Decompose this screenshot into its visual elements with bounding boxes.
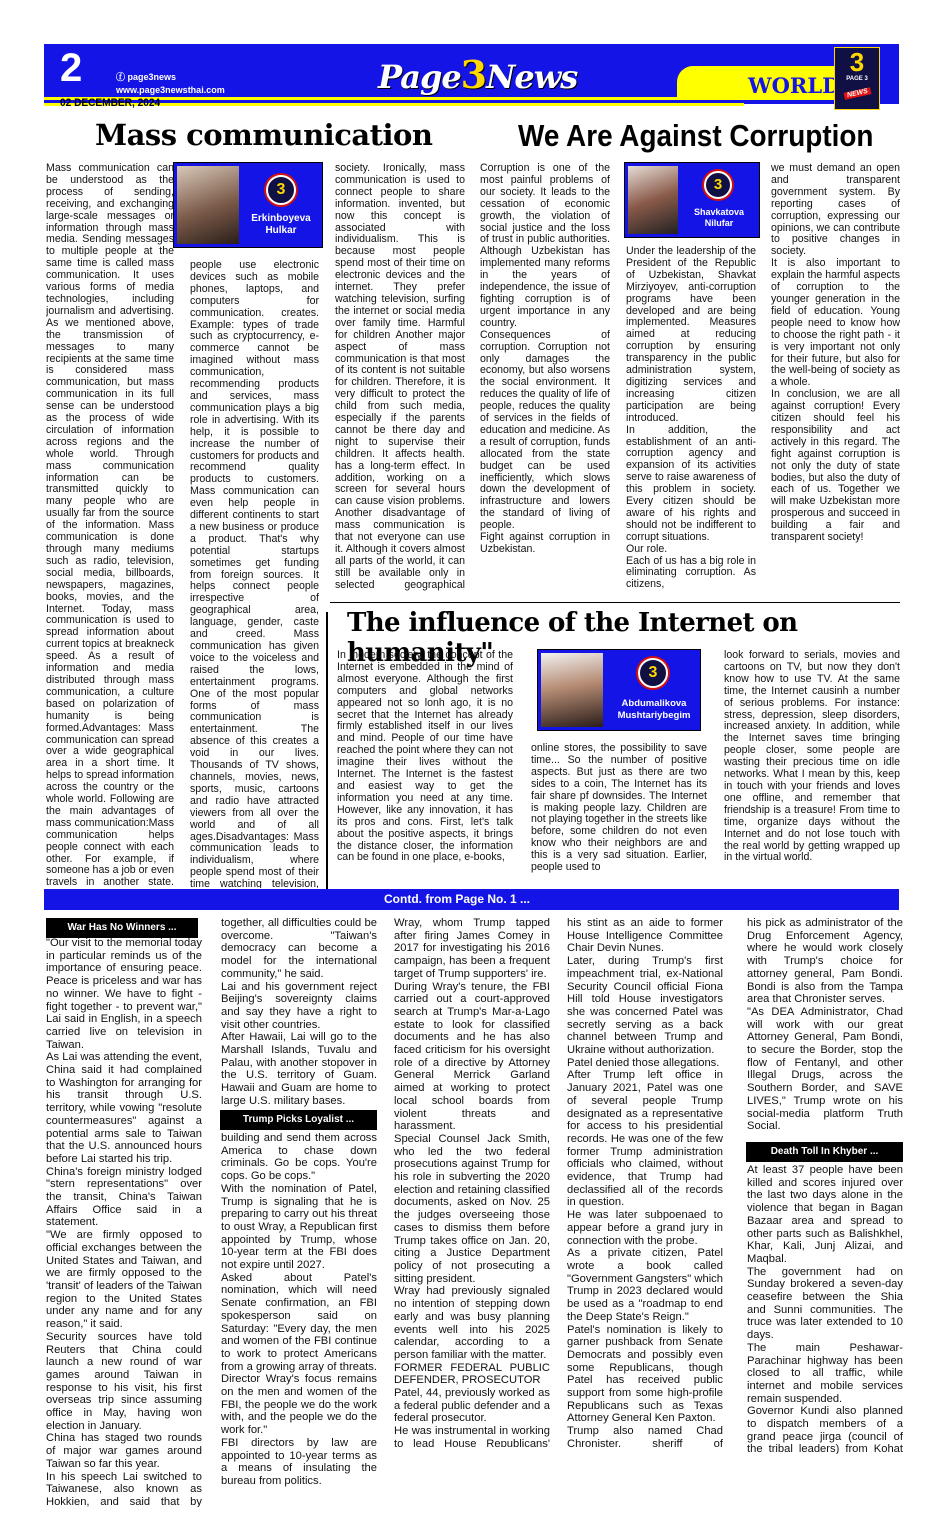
page3-emblem-icon: 3 [266, 175, 296, 205]
author-photo-box: 3 AbdumalikovaMushtariybegim [537, 649, 701, 731]
article-body-col: people use electronic devices such as mo… [190, 260, 319, 888]
masthead-rule [44, 100, 899, 103]
story-label-trump[interactable]: Trump Picks Loyalist ... [220, 1110, 377, 1130]
page3-emblem-icon: 3 [638, 658, 668, 688]
author-name: ErkinboyevaHulkar [242, 213, 320, 237]
column-divider [326, 612, 328, 890]
story-body-col: Wray, whom Trump tapped after firing Jam… [394, 917, 550, 1447]
author-photo-box: 3 ErkinboyevaHulkar [173, 162, 323, 248]
section-label: WORLD [748, 73, 840, 98]
story-body-col: his stint as an aide to former House Int… [567, 917, 723, 1447]
article-body-col: In modern society, the concept of the In… [337, 650, 513, 886]
page3-emblem-icon: 3 [704, 171, 732, 199]
newspaper-page: 2 ⓕ page3news www.page3newsthai.com 02 D… [0, 0, 945, 1531]
author-name: AbdumalikovaMushtariybegim [608, 698, 700, 722]
story-body-col: together, all difficulties could be over… [221, 917, 377, 1107]
page3-badge-icon: 3 PAGE 3 NEWS [834, 47, 880, 110]
section-divider [330, 602, 900, 603]
facebook-icon: ⓕ [116, 72, 128, 82]
continued-banner: Contd. from Page No. 1 ... [44, 889, 899, 910]
story-body-col: building and send them across America to… [221, 1132, 377, 1512]
newspaper-logo: Page3News [378, 52, 577, 97]
author-photo [628, 166, 678, 234]
page-number: 2 [60, 46, 82, 91]
article-body-col: Under the leadership of the President of… [626, 246, 756, 592]
headline-corruption: We Are Against Corruption [518, 118, 873, 154]
article-body-col: Corruption is one of the most painful pr… [480, 163, 610, 593]
story-body-col: his pick as administrator of the Drug En… [747, 917, 903, 1132]
article-body-col: we must demand an open and transparent g… [771, 163, 900, 593]
author-name: ShavkatovaNilufar [681, 207, 757, 229]
author-photo [541, 653, 603, 727]
story-body-col: At least 37 people have been killed and … [747, 1164, 903, 1454]
issue-date: 02 DECEMBER, 2024 [60, 97, 160, 109]
social-handle[interactable]: ⓕ page3news [116, 70, 176, 83]
story-label-war[interactable]: War Has No Winners ... [46, 918, 198, 938]
article-body-col: Mass communication can be understood as … [46, 163, 174, 885]
story-body-col: "Our visit to the memorial today in part… [46, 937, 202, 1507]
website-link[interactable]: www.page3newsthai.com [116, 85, 225, 95]
article-body-col: online stores, the possibility to save t… [531, 743, 707, 886]
author-photo [177, 166, 239, 244]
article-body-col: society. Ironically, mass communication … [335, 163, 465, 593]
author-photo-box: 3 ShavkatovaNilufar [624, 162, 760, 238]
story-label-khyber[interactable]: Death Toll In Khyber ... [746, 1142, 903, 1162]
headline-mass-communication: Mass communication [95, 118, 433, 152]
article-body-col: look forward to serials, movies and cart… [724, 650, 900, 886]
